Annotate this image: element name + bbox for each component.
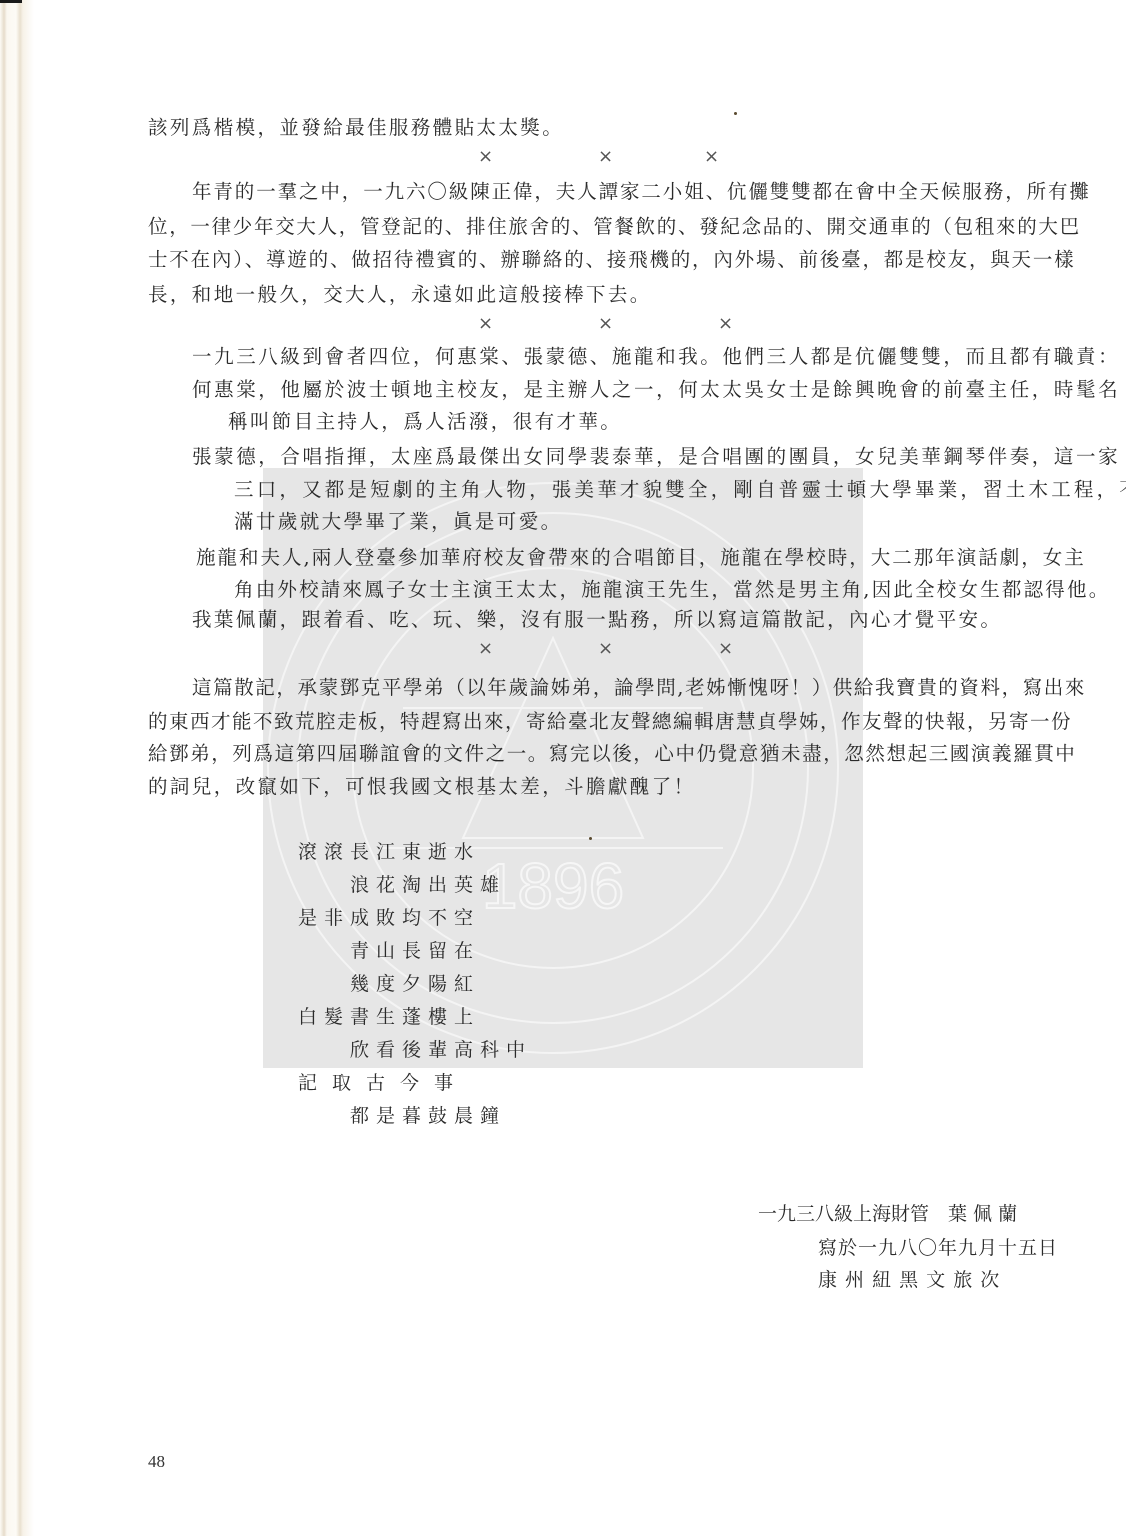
paragraph-young-line: 位，一律少年交大人，管登記的、排住旅舍的、管餐飲的、發紀念品的、開交通車的（包租… <box>148 215 1081 239</box>
paragraph-1938-line: 施龍和夫人,兩人登臺參加華府校友會帶來的合唱節目，施龍在學校時，大二那年演話劇，… <box>196 546 1086 570</box>
paragraph-young-line: 長，和地一般久，交大人，永遠如此這般接棒下去。 <box>148 283 652 307</box>
paragraph-closing-line: 這篇散記，承蒙鄧克平學弟（以年歲論姊弟，論學問,老姊慚愧呀！）供給我寶貴的資料，… <box>192 676 1086 700</box>
poem-line: 是非成敗均不空 <box>298 906 480 930</box>
section-separator-mark: × <box>704 146 719 167</box>
section-separator-mark: × <box>598 146 613 167</box>
date-written: 寫於一九八〇年九月十五日 <box>818 1236 1058 1260</box>
paragraph-1938-line: 我葉佩蘭，跟着看、吃、玩、樂，沒有服一點務，所以寫這篇散記，內心才覺平安。 <box>192 608 1002 632</box>
poem-line: 滾滾長江東逝水 <box>298 840 480 864</box>
scan-speck <box>734 112 737 115</box>
paragraph-1938-line: 稱叫節目主持人，爲人活潑，很有才華。 <box>228 410 622 434</box>
section-separator-mark: × <box>598 638 613 659</box>
document-page: 該列爲楷模，並發給最佳服務體貼太太獎。 × × × 年青的一羣之中，一九六〇級陳… <box>0 0 1126 1536</box>
paragraph-closing-line: 的東西才能不致荒腔走板，特趕寫出來，寄給臺北友聲總編輯唐慧貞學姊，作友聲的快報，… <box>148 710 1072 734</box>
paragraph-1938-line: 一九三八級到會者四位，何惠棠、張蒙德、施龍和我。他們三人都是伉儷雙雙，而且都有職… <box>192 345 1120 369</box>
page-number: 48 <box>148 1452 165 1472</box>
paragraph-young-line: 年青的一羣之中，一九六〇級陳正偉，夫人譚家二小姐、伉儷雙雙都在會中全天候服務，所… <box>192 180 1091 204</box>
section-separator-mark: × <box>478 146 493 167</box>
poem-line: 白髮書生蓬樓上 <box>298 1005 480 1029</box>
poem-line: 記取古今事 <box>298 1071 468 1095</box>
paragraph-closing-line: 的詞兒，改竄如下，可恨我國文根基太差，斗膽獻醜了！ <box>148 775 696 799</box>
poem-line: 青山長留在 <box>350 939 480 963</box>
paragraph-intro-line: 該列爲楷模，並發給最佳服務體貼太太獎。 <box>148 116 564 140</box>
section-separator-mark: × <box>718 313 733 334</box>
scan-speck <box>589 837 592 840</box>
author-signature: 一九三八級上海財管 葉 佩 蘭 <box>758 1202 1017 1226</box>
section-separator-mark: × <box>718 638 733 659</box>
section-separator-mark: × <box>478 638 493 659</box>
paragraph-1938-line: 三口，又都是短劇的主角人物，張美華才貌雙全，剛自普靈士頓大學畢業，習土木工程，不 <box>234 478 1126 502</box>
poem-line: 幾度夕陽紅 <box>350 972 480 996</box>
paragraph-1938-line: 何惠棠，他屬於波士頓地主校友，是主辦人之一，何太太吳女士是餘興晚會的前臺主任，時… <box>192 378 1120 402</box>
paragraph-1938-line: 張蒙德，合唱指揮，太座爲最傑出女同學裴泰華，是合唱團的團員，女兒美華鋼琴伴奏，這… <box>192 445 1120 469</box>
paragraph-1938-line: 角由外校請來鳳子女士主演王太太，施龍演王先生，當然是男主角,因此全校女生都認得他… <box>234 578 1110 602</box>
paragraph-1938-line: 滿廿歲就大學畢了業，眞是可愛。 <box>234 510 563 534</box>
paragraph-young-line: 士不在內）、導遊的、做招待禮賓的、辦聯絡的、接飛機的，內外場、前後臺，都是校友，… <box>148 248 1075 272</box>
section-separator-mark: × <box>478 313 493 334</box>
poem-line: 欣看後輩高科中 <box>350 1038 532 1062</box>
poem-line: 都是暮鼓晨鐘 <box>350 1104 506 1128</box>
paragraph-closing-line: 給鄧弟，列爲這第四屆聯誼會的文件之一。寫完以後，心中仍覺意猶未盡，忽然想起三國演… <box>148 742 1076 766</box>
poem-line: 浪花淘出英雄 <box>350 873 506 897</box>
section-separator-mark: × <box>598 313 613 334</box>
place-written: 康 州 紐 黑 文 旅 次 <box>818 1268 1000 1292</box>
